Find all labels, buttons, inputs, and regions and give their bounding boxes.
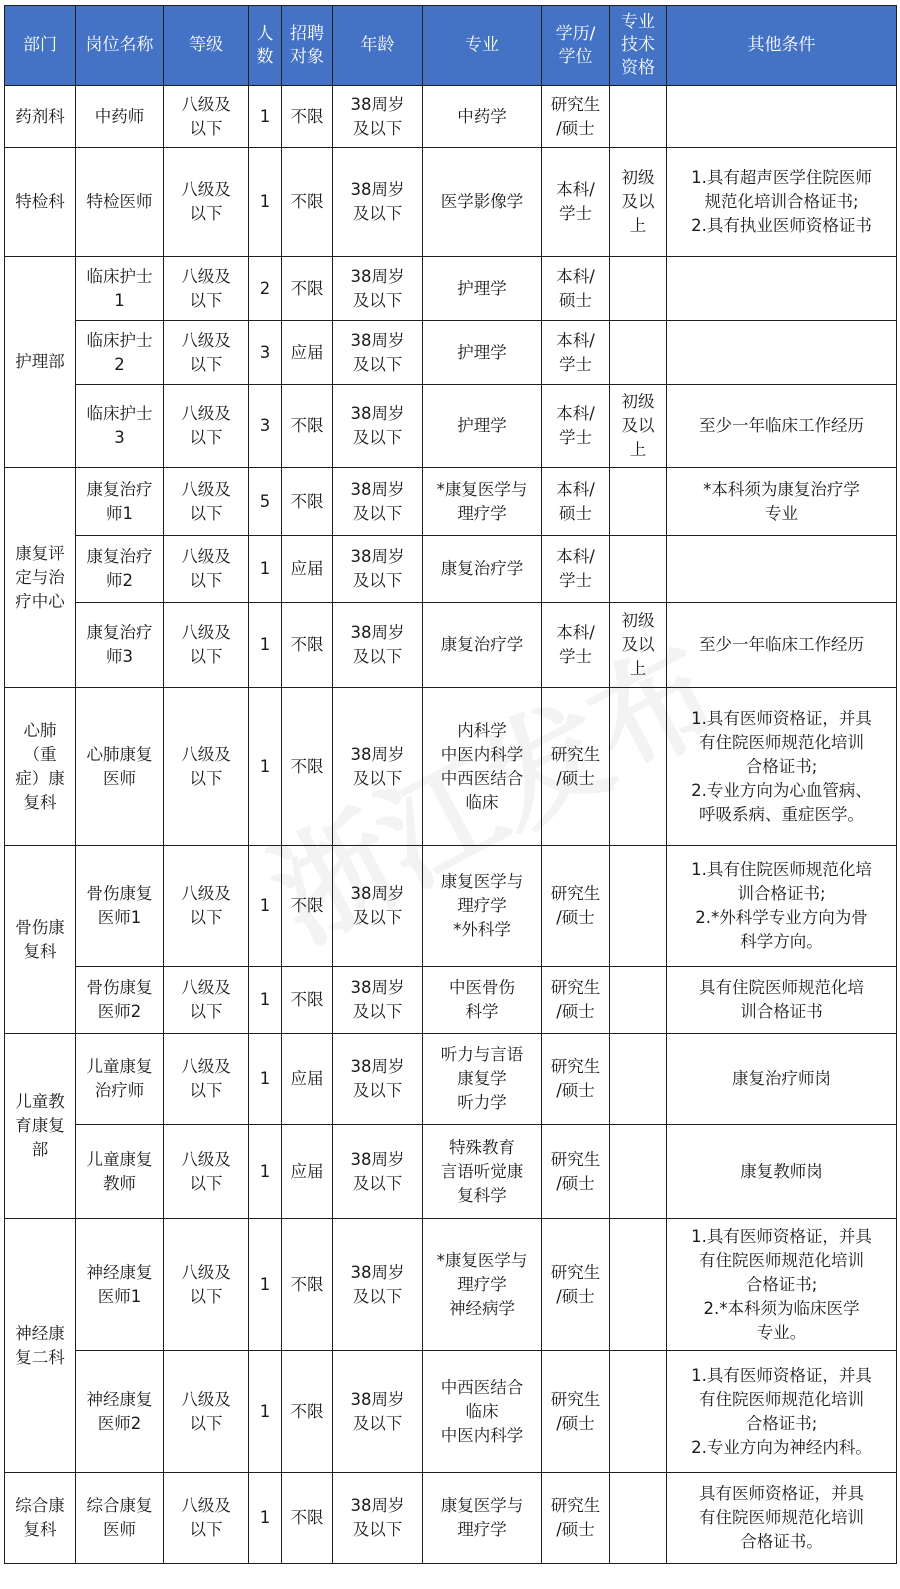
count-cell: 3 — [249, 385, 282, 468]
position-cell: 心肺康复 医师 — [76, 688, 164, 846]
table-row: 药剂科中药师八级及 以下1不限38周岁 及以下中药学研究生 /硕士 — [5, 86, 897, 148]
department-cell: 特检科 — [5, 148, 76, 257]
count-cell: 1 — [249, 86, 282, 148]
table-body: 药剂科中药师八级及 以下1不限38周岁 及以下中药学研究生 /硕士特检科特检医师… — [5, 86, 897, 1564]
count-cell: 1 — [249, 688, 282, 846]
level-cell: 八级及 以下 — [164, 1351, 249, 1473]
target-cell: 应届 — [282, 321, 333, 385]
level-cell: 八级及 以下 — [164, 1219, 249, 1351]
degree-cell: 本科/ 学士 — [542, 536, 610, 603]
other-conditions-cell — [667, 321, 897, 385]
qualification-cell — [610, 536, 667, 603]
header-level: 等级 — [164, 6, 249, 86]
other-conditions-cell — [667, 257, 897, 321]
other-conditions-cell: 康复治疗师岗 — [667, 1034, 897, 1125]
header-count: 人 数 — [249, 6, 282, 86]
department-cell: 药剂科 — [5, 86, 76, 148]
major-cell: 护理学 — [423, 321, 542, 385]
other-conditions-cell: 1.具有医师资格证，并具 有住院医师规范化培训 合格证书; 2.专业方向为心血管… — [667, 688, 897, 846]
table-row: 康复治疗 师2八级及 以下1应届38周岁 及以下康复治疗学本科/ 学士 — [5, 536, 897, 603]
header-row: 部门 岗位名称 等级 人 数 招聘 对象 年龄 专业 学历/ 学位 专业 技术 … — [5, 6, 897, 86]
degree-cell: 研究生 /硕士 — [542, 846, 610, 967]
position-cell: 康复治疗 师3 — [76, 603, 164, 688]
qualification-cell — [610, 468, 667, 536]
count-cell: 2 — [249, 257, 282, 321]
major-cell: 医学影像学 — [423, 148, 542, 257]
level-cell: 八级及 以下 — [164, 967, 249, 1034]
major-cell: 内科学 中医内科学 中西医结合 临床 — [423, 688, 542, 846]
age-cell: 38周岁 及以下 — [333, 967, 423, 1034]
position-cell: 骨伤康复 医师2 — [76, 967, 164, 1034]
level-cell: 八级及 以下 — [164, 536, 249, 603]
header-degree: 学历/ 学位 — [542, 6, 610, 86]
qualification-cell — [610, 688, 667, 846]
count-cell: 1 — [249, 536, 282, 603]
qualification-cell — [610, 1034, 667, 1125]
header-age: 年龄 — [333, 6, 423, 86]
qualification-cell — [610, 967, 667, 1034]
major-cell: 特殊教育 言语听觉康 复科学 — [423, 1125, 542, 1219]
header-target: 招聘 对象 — [282, 6, 333, 86]
target-cell: 不限 — [282, 468, 333, 536]
major-cell: 护理学 — [423, 257, 542, 321]
qualification-cell — [610, 846, 667, 967]
degree-cell: 研究生 /硕士 — [542, 1034, 610, 1125]
count-cell: 1 — [249, 1125, 282, 1219]
header-other: 其他条件 — [667, 6, 897, 86]
count-cell: 1 — [249, 148, 282, 257]
table-row: 神经康 复二科神经康复 医师1八级及 以下1不限38周岁 及以下*康复医学与 理… — [5, 1219, 897, 1351]
qualification-cell: 初级 及以 上 — [610, 148, 667, 257]
major-cell: *康复医学与 理疗学 — [423, 468, 542, 536]
position-cell: 儿童康复 治疗师 — [76, 1034, 164, 1125]
department-cell: 儿童教 育康复 部 — [5, 1034, 76, 1219]
count-cell: 1 — [249, 1034, 282, 1125]
age-cell: 38周岁 及以下 — [333, 1351, 423, 1473]
level-cell: 八级及 以下 — [164, 86, 249, 148]
target-cell: 不限 — [282, 1219, 333, 1351]
major-cell: 康复治疗学 — [423, 536, 542, 603]
age-cell: 38周岁 及以下 — [333, 536, 423, 603]
position-cell: 神经康复 医师2 — [76, 1351, 164, 1473]
age-cell: 38周岁 及以下 — [333, 321, 423, 385]
major-cell: 中药学 — [423, 86, 542, 148]
age-cell: 38周岁 及以下 — [333, 1219, 423, 1351]
degree-cell: 本科/ 学士 — [542, 321, 610, 385]
position-cell: 中药师 — [76, 86, 164, 148]
major-cell: 中西医结合 临床 中医内科学 — [423, 1351, 542, 1473]
position-cell: 特检医师 — [76, 148, 164, 257]
count-cell: 1 — [249, 1351, 282, 1473]
qualification-cell — [610, 1473, 667, 1564]
degree-cell: 研究生 /硕士 — [542, 1473, 610, 1564]
other-conditions-cell: 康复教师岗 — [667, 1125, 897, 1219]
age-cell: 38周岁 及以下 — [333, 148, 423, 257]
degree-cell: 研究生 /硕士 — [542, 688, 610, 846]
department-cell: 神经康 复二科 — [5, 1219, 76, 1473]
department-cell: 康复评 定与治 疗中心 — [5, 468, 76, 688]
qualification-cell — [610, 1219, 667, 1351]
level-cell: 八级及 以下 — [164, 846, 249, 967]
table-row: 临床护士 3八级及 以下3不限38周岁 及以下护理学本科/ 学士初级 及以 上至… — [5, 385, 897, 468]
table-row: 综合康 复科综合康复 医师八级及 以下1不限38周岁 及以下康复医学与 理疗学研… — [5, 1473, 897, 1564]
level-cell: 八级及 以下 — [164, 385, 249, 468]
level-cell: 八级及 以下 — [164, 148, 249, 257]
qualification-cell — [610, 86, 667, 148]
major-cell: 护理学 — [423, 385, 542, 468]
position-cell: 临床护士 3 — [76, 385, 164, 468]
position-cell: 综合康复 医师 — [76, 1473, 164, 1564]
age-cell: 38周岁 及以下 — [333, 1125, 423, 1219]
other-conditions-cell — [667, 536, 897, 603]
level-cell: 八级及 以下 — [164, 321, 249, 385]
table-row: 骨伤康 复科骨伤康复 医师1八级及 以下1不限38周岁 及以下康复医学与 理疗学… — [5, 846, 897, 967]
target-cell: 不限 — [282, 148, 333, 257]
age-cell: 38周岁 及以下 — [333, 688, 423, 846]
position-cell: 儿童康复 教师 — [76, 1125, 164, 1219]
major-cell: 中医骨伤 科学 — [423, 967, 542, 1034]
target-cell: 不限 — [282, 967, 333, 1034]
other-conditions-cell: 1.具有医师资格证，并具 有住院医师规范化培训 合格证书; 2.*本科须为临床医… — [667, 1219, 897, 1351]
level-cell: 八级及 以下 — [164, 1034, 249, 1125]
position-cell: 康复治疗 师2 — [76, 536, 164, 603]
target-cell: 应届 — [282, 1125, 333, 1219]
header-major: 专业 — [423, 6, 542, 86]
target-cell: 应届 — [282, 536, 333, 603]
count-cell: 1 — [249, 846, 282, 967]
level-cell: 八级及 以下 — [164, 688, 249, 846]
age-cell: 38周岁 及以下 — [333, 1473, 423, 1564]
other-conditions-cell: 具有住院医师规范化培 训合格证书 — [667, 967, 897, 1034]
position-cell: 临床护士 2 — [76, 321, 164, 385]
other-conditions-cell: 至少一年临床工作经历 — [667, 603, 897, 688]
degree-cell: 研究生 /硕士 — [542, 1219, 610, 1351]
degree-cell: 本科/ 学士 — [542, 385, 610, 468]
degree-cell: 研究生 /硕士 — [542, 1125, 610, 1219]
count-cell: 3 — [249, 321, 282, 385]
other-conditions-cell: 具有医师资格证，并具 有住院医师规范化培训 合格证书。 — [667, 1473, 897, 1564]
other-conditions-cell: *本科须为康复治疗学 专业 — [667, 468, 897, 536]
target-cell: 不限 — [282, 846, 333, 967]
table-row: 儿童康复 教师八级及 以下1应届38周岁 及以下特殊教育 言语听觉康 复科学研究… — [5, 1125, 897, 1219]
position-cell: 神经康复 医师1 — [76, 1219, 164, 1351]
level-cell: 八级及 以下 — [164, 257, 249, 321]
age-cell: 38周岁 及以下 — [333, 468, 423, 536]
major-cell: 康复治疗学 — [423, 603, 542, 688]
other-conditions-cell: 1.具有超声医学住院医师 规范化培训合格证书; 2.具有执业医师资格证书 — [667, 148, 897, 257]
target-cell: 不限 — [282, 1351, 333, 1473]
major-cell: 听力与言语 康复学 听力学 — [423, 1034, 542, 1125]
level-cell: 八级及 以下 — [164, 468, 249, 536]
count-cell: 1 — [249, 1219, 282, 1351]
table-row: 特检科特检医师八级及 以下1不限38周岁 及以下医学影像学本科/ 学士初级 及以… — [5, 148, 897, 257]
header-qualification: 专业 技术 资格 — [610, 6, 667, 86]
qualification-cell — [610, 1351, 667, 1473]
count-cell: 1 — [249, 603, 282, 688]
header-position: 岗位名称 — [76, 6, 164, 86]
target-cell: 不限 — [282, 257, 333, 321]
qualification-cell — [610, 257, 667, 321]
degree-cell: 研究生 /硕士 — [542, 86, 610, 148]
age-cell: 38周岁 及以下 — [333, 846, 423, 967]
department-cell: 骨伤康 复科 — [5, 846, 76, 1034]
major-cell: 康复医学与 理疗学 — [423, 1473, 542, 1564]
degree-cell: 本科/ 硕士 — [542, 468, 610, 536]
qualification-cell — [610, 321, 667, 385]
table-row: 临床护士 2八级及 以下3应届38周岁 及以下护理学本科/ 学士 — [5, 321, 897, 385]
degree-cell: 本科/ 学士 — [542, 603, 610, 688]
level-cell: 八级及 以下 — [164, 1125, 249, 1219]
department-cell: 护理部 — [5, 257, 76, 468]
table-row: 骨伤康复 医师2八级及 以下1不限38周岁 及以下中医骨伤 科学研究生 /硕士具… — [5, 967, 897, 1034]
other-conditions-cell: 至少一年临床工作经历 — [667, 385, 897, 468]
age-cell: 38周岁 及以下 — [333, 385, 423, 468]
table-row: 康复评 定与治 疗中心康复治疗 师1八级及 以下5不限38周岁 及以下*康复医学… — [5, 468, 897, 536]
target-cell: 应届 — [282, 1034, 333, 1125]
level-cell: 八级及 以下 — [164, 603, 249, 688]
count-cell: 1 — [249, 967, 282, 1034]
position-cell: 临床护士 1 — [76, 257, 164, 321]
degree-cell: 研究生 /硕士 — [542, 967, 610, 1034]
other-conditions-cell — [667, 86, 897, 148]
department-cell: 心肺 （重 症）康 复科 — [5, 688, 76, 846]
table-row: 神经康复 医师2八级及 以下1不限38周岁 及以下中西医结合 临床 中医内科学研… — [5, 1351, 897, 1473]
target-cell: 不限 — [282, 603, 333, 688]
major-cell: *康复医学与 理疗学 神经病学 — [423, 1219, 542, 1351]
recruitment-table: 部门 岗位名称 等级 人 数 招聘 对象 年龄 专业 学历/ 学位 专业 技术 … — [4, 5, 897, 1564]
table-row: 心肺 （重 症）康 复科心肺康复 医师八级及 以下1不限38周岁 及以下内科学 … — [5, 688, 897, 846]
major-cell: 康复医学与 理疗学 *外科学 — [423, 846, 542, 967]
qualification-cell: 初级 及以 上 — [610, 385, 667, 468]
degree-cell: 本科/ 学士 — [542, 148, 610, 257]
level-cell: 八级及 以下 — [164, 1473, 249, 1564]
target-cell: 不限 — [282, 86, 333, 148]
target-cell: 不限 — [282, 385, 333, 468]
qualification-cell: 初级 及以 上 — [610, 603, 667, 688]
department-cell: 综合康 复科 — [5, 1473, 76, 1564]
other-conditions-cell: 1.具有医师资格证，并具 有住院医师规范化培训 合格证书; 2.专业方向为神经内… — [667, 1351, 897, 1473]
target-cell: 不限 — [282, 688, 333, 846]
age-cell: 38周岁 及以下 — [333, 86, 423, 148]
age-cell: 38周岁 及以下 — [333, 603, 423, 688]
target-cell: 不限 — [282, 1473, 333, 1564]
table-row: 康复治疗 师3八级及 以下1不限38周岁 及以下康复治疗学本科/ 学士初级 及以… — [5, 603, 897, 688]
age-cell: 38周岁 及以下 — [333, 257, 423, 321]
other-conditions-cell: 1.具有住院医师规范化培 训合格证书; 2.*外科学专业方向为骨 科学方向。 — [667, 846, 897, 967]
count-cell: 5 — [249, 468, 282, 536]
table-row: 护理部临床护士 1八级及 以下2不限38周岁 及以下护理学本科/ 硕士 — [5, 257, 897, 321]
qualification-cell — [610, 1125, 667, 1219]
degree-cell: 研究生 /硕士 — [542, 1351, 610, 1473]
header-department: 部门 — [5, 6, 76, 86]
table-row: 儿童教 育康复 部儿童康复 治疗师八级及 以下1应届38周岁 及以下听力与言语 … — [5, 1034, 897, 1125]
position-cell: 康复治疗 师1 — [76, 468, 164, 536]
age-cell: 38周岁 及以下 — [333, 1034, 423, 1125]
degree-cell: 本科/ 硕士 — [542, 257, 610, 321]
position-cell: 骨伤康复 医师1 — [76, 846, 164, 967]
count-cell: 1 — [249, 1473, 282, 1564]
